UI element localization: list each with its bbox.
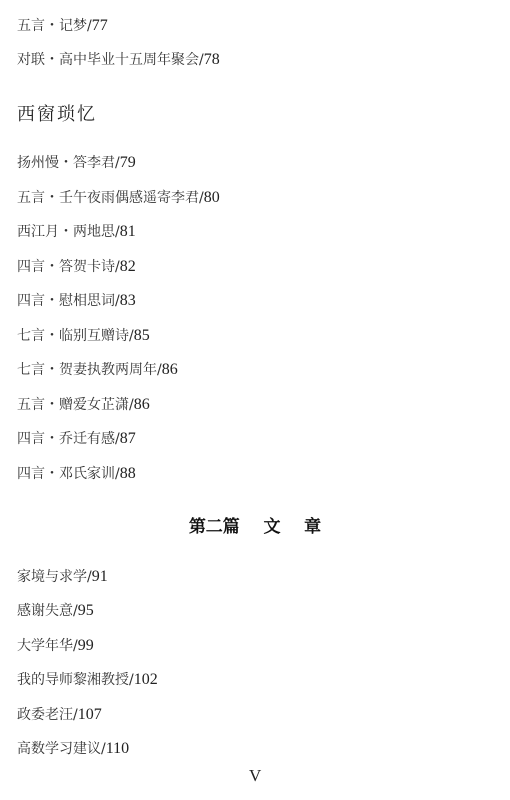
toc-entry: 家境与求学/91 <box>17 568 108 586</box>
entry-title: 西江月・两地思/ <box>17 224 120 240</box>
page-number: V <box>249 766 261 786</box>
toc-entry: 四言・乔迁有感/87 <box>17 430 136 448</box>
toc-entry: 七言・贺妻执教两周年/86 <box>17 361 178 379</box>
entry-title: 我的导师黎湘教授/ <box>17 672 134 688</box>
part-heading: 第二篇 文 章 <box>0 512 510 537</box>
entry-title: 四言・答贺卡诗/ <box>17 259 120 275</box>
toc-entry: 我的导师黎湘教授/102 <box>17 671 158 689</box>
entry-page: 107 <box>78 706 102 723</box>
toc-entry: 四言・慰相思词/83 <box>17 292 136 310</box>
entry-title: 七言・贺妻执教两周年/ <box>17 362 162 378</box>
toc-entry: 扬州慢・答李君/79 <box>17 154 136 172</box>
entry-page: 110 <box>106 740 129 757</box>
entry-page: 95 <box>78 602 94 619</box>
entry-page: 91 <box>92 568 108 585</box>
toc-entry: 高数学习建议/110 <box>17 740 129 758</box>
entry-title: 感谢失意/ <box>17 603 78 619</box>
toc-entry: 四言・邓氏家训/88 <box>17 465 136 483</box>
toc-entry: 五言・记梦/77 <box>17 17 108 35</box>
toc-entry: 四言・答贺卡诗/82 <box>17 258 136 276</box>
entry-title: 五言・赠爱女芷潇/ <box>17 397 134 413</box>
entry-title: 五言・记梦/ <box>17 18 92 34</box>
entry-title: 政委老汪/ <box>17 707 78 723</box>
entry-title: 四言・邓氏家训/ <box>17 466 120 482</box>
entry-page: 102 <box>134 671 158 688</box>
toc-entry: 五言・壬午夜雨偶感遥寄李君/80 <box>17 189 220 207</box>
toc-entry: 西江月・两地思/81 <box>17 223 136 241</box>
entry-title: 高数学习建议/ <box>17 741 106 757</box>
entry-title: 对联・高中毕业十五周年聚会/ <box>17 52 204 68</box>
entry-page: 81 <box>120 223 136 240</box>
entry-page: 87 <box>120 430 136 447</box>
entry-page: 77 <box>92 17 108 34</box>
entry-page: 88 <box>120 465 136 482</box>
toc-entry: 政委老汪/107 <box>17 706 102 724</box>
toc-entry: 七言・临别互赠诗/85 <box>17 327 150 345</box>
entry-title: 大学年华/ <box>17 638 78 654</box>
entry-page: 86 <box>134 396 150 413</box>
entry-page: 82 <box>120 258 136 275</box>
toc-entry: 感谢失意/95 <box>17 602 94 620</box>
entry-page: 78 <box>204 51 220 68</box>
entry-title: 五言・壬午夜雨偶感遥寄李君/ <box>17 190 204 206</box>
section-heading: 西窗琐忆 <box>17 100 97 126</box>
entry-page: 86 <box>162 361 178 378</box>
entry-page: 79 <box>120 154 136 171</box>
entry-title: 扬州慢・答李君/ <box>17 155 120 171</box>
toc-entry: 五言・赠爱女芷潇/86 <box>17 396 150 414</box>
entry-page: 99 <box>78 637 94 654</box>
toc-entry: 大学年华/99 <box>17 637 94 655</box>
entry-page: 85 <box>134 327 150 344</box>
entry-page: 80 <box>204 189 220 206</box>
entry-title: 四言・乔迁有感/ <box>17 431 120 447</box>
entry-title: 七言・临别互赠诗/ <box>17 328 134 344</box>
entry-title: 家境与求学/ <box>17 569 92 585</box>
toc-entry: 对联・高中毕业十五周年聚会/78 <box>17 51 220 69</box>
entry-title: 四言・慰相思词/ <box>17 293 120 309</box>
entry-page: 83 <box>120 292 136 309</box>
